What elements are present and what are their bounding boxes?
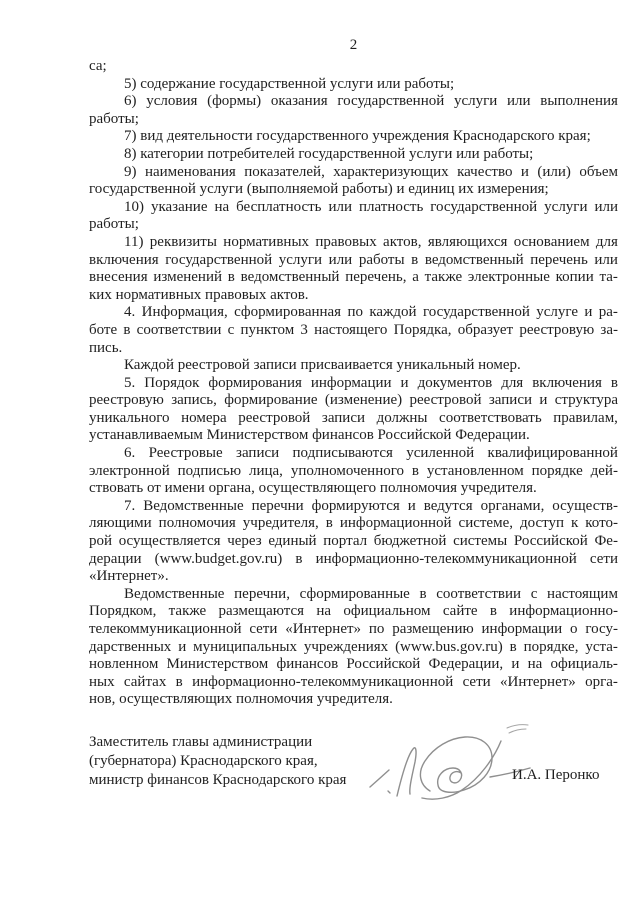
word: государственной [423, 304, 530, 322]
text-line: 10)указаниенабесплатностьилиплатностьгос… [89, 199, 618, 217]
word: соответствовать [439, 410, 542, 428]
word: государственной [430, 199, 537, 217]
word: ра- [599, 304, 618, 322]
word: информационно-телекоммуникационной [316, 551, 577, 569]
word: (изменение) [325, 392, 402, 410]
word: на [214, 199, 229, 217]
word: формирование [224, 392, 317, 410]
word: финансов [276, 656, 338, 674]
word: сайтах [124, 674, 166, 692]
paragraph: 9)наименованияпоказателей,характеризующи… [89, 164, 618, 199]
word: в [123, 322, 130, 340]
paragraph: 6.Реестровыезаписиподписываютсяусиленной… [89, 445, 618, 498]
signatory-name: И.А. Перонко [512, 767, 599, 784]
word: портал [323, 533, 367, 551]
word: и [539, 392, 547, 410]
word: реестровой [409, 392, 481, 410]
word: являющихся [428, 234, 508, 252]
text-line: дарственныхимуниципальныхучреждениях(www… [89, 639, 618, 657]
word: на [316, 603, 331, 621]
word: информации [311, 375, 392, 393]
word: или [594, 252, 618, 270]
paragraph: 4.Информация,сформированнаяпокаждойгосуд… [89, 304, 618, 357]
word: информационно-телекоммуникационной [192, 674, 453, 692]
paragraph: са; [89, 58, 618, 76]
word: или [507, 93, 531, 111]
word: в [228, 269, 235, 287]
word: 4. [124, 304, 135, 322]
word: формируются [312, 498, 400, 516]
word: (www.budget.gov.ru) [155, 551, 283, 569]
signature-title-line: Заместитель главы администрации [89, 733, 346, 752]
word: 7. [124, 498, 135, 516]
word: и [178, 639, 186, 657]
word: официаль- [551, 656, 618, 674]
word: формирования [208, 375, 302, 393]
paragraph: 8) категории потребителей государственно… [89, 146, 618, 164]
text-line: ких нормативных правовых актов. [89, 287, 618, 305]
word: Порядка, [394, 322, 452, 340]
word: по [369, 621, 385, 639]
word: органами, [481, 498, 545, 516]
word: платность [359, 199, 423, 217]
word: изменений [153, 269, 222, 287]
word: для [596, 234, 618, 252]
word: к [571, 515, 578, 533]
word: соответствии [436, 586, 521, 604]
word: кото- [585, 515, 618, 533]
word: информационной [340, 515, 452, 533]
word: образует [458, 322, 513, 340]
handwritten-signature-icon [350, 715, 550, 810]
text-line: уникальногономерареестровойзаписидолжныс… [89, 410, 618, 428]
word: ных [89, 674, 115, 692]
signature-title-line: министр финансов Краснодарского края [89, 771, 346, 790]
word: официальном [343, 603, 430, 621]
signature-title-line: (губернатора) Краснодарского края, [89, 752, 346, 771]
text-line: устанавливаемым Министерством финансов Р… [89, 427, 618, 445]
word: 6. [124, 445, 135, 463]
word: реестровую [89, 392, 164, 410]
text-line: ныхсайтахвинформационно-телекоммуникацио… [89, 674, 618, 692]
word: настоящего [314, 322, 387, 340]
word: боте [89, 322, 117, 340]
word: правилам, [553, 410, 618, 428]
word: порядке, [524, 639, 579, 657]
word: учреждениях [304, 639, 388, 657]
word: та- [599, 269, 617, 287]
text-line: телекоммуникационнойсети«Интернет»поразм… [89, 621, 618, 639]
word: оказания [271, 93, 328, 111]
word: и [521, 164, 529, 182]
text-line: включениягосударственнойуслугиилиработыв… [89, 252, 618, 270]
word: настоящим [547, 586, 618, 604]
word: показателей, [244, 164, 325, 182]
word: дей- [591, 463, 618, 481]
paragraph: 5.Порядокформированияинформацииидокумент… [89, 375, 618, 445]
text-line: «Интернет». [89, 568, 618, 586]
text-line: 8) категории потребителей государственно… [89, 146, 618, 164]
word: актов, [383, 234, 421, 252]
word: и [401, 375, 409, 393]
word: ляющими [89, 515, 152, 533]
word: услуги [279, 252, 322, 270]
word: работы [359, 252, 405, 270]
word: Порядком, [89, 603, 156, 621]
word: сформированная [234, 304, 341, 322]
word: ведутся [424, 498, 473, 516]
text-line: 5.Порядокформированияинформацииидокумент… [89, 375, 618, 393]
text-line: ройосуществляетсячерезединыйпорталбюджет… [89, 533, 618, 551]
word: 3 [300, 322, 308, 340]
word: характеризующих [333, 164, 448, 182]
word: каждой [369, 304, 416, 322]
word: орга- [585, 674, 618, 692]
word: по [347, 304, 363, 322]
word: сети [590, 551, 618, 569]
text-line: са; [89, 58, 618, 76]
word: нормативных [223, 234, 309, 252]
word: с [531, 586, 538, 604]
word: 6) [124, 93, 137, 111]
word: услуге [536, 304, 578, 322]
word: в [611, 375, 618, 393]
word: учредителя, [243, 515, 319, 533]
word: электронные [468, 269, 550, 287]
word: или [329, 252, 353, 270]
word: перечень, [345, 269, 406, 287]
word: Фе- [594, 533, 618, 551]
word: указание [151, 199, 208, 217]
text-line: 7) вид деятельности государственного учр… [89, 128, 618, 146]
word: включения [89, 252, 159, 270]
word: порядке [532, 463, 583, 481]
paragraph: 10)указаниенабесплатностьилиплатностьгос… [89, 199, 618, 234]
word: ведомственный [241, 269, 340, 287]
text-line: 11)реквизитынормативныхправовыхактов,явл… [89, 234, 618, 252]
text-line: дерации(www.budget.gov.ru)винформационно… [89, 551, 618, 569]
word: «Интернет» [500, 674, 576, 692]
word: или [594, 199, 618, 217]
document-body: са;5) содержание государственной услуги … [89, 58, 618, 709]
word: записи [489, 392, 532, 410]
word: информационно- [509, 603, 618, 621]
text-line: ствовать от имени органа, осуществляющег… [89, 480, 618, 498]
word: записи [236, 445, 279, 463]
text-line: 4.Информация,сформированнаяпокаждойгосуд… [89, 304, 618, 322]
text-line: 9)наименованияпоказателей,характеризующи… [89, 164, 618, 182]
word: в [326, 515, 333, 533]
word: номера [181, 410, 227, 428]
word: осуществ- [552, 498, 618, 516]
word: перечень [530, 252, 588, 270]
word: системе, [459, 515, 513, 533]
word: копии [556, 269, 594, 287]
word: 11) [124, 234, 143, 252]
word: услуги [544, 199, 587, 217]
word: доступ [520, 515, 564, 533]
word: также [169, 603, 207, 621]
word: в [490, 603, 497, 621]
text-line: пись. [89, 340, 618, 358]
word: Ведомственные [124, 586, 224, 604]
word: в [420, 586, 427, 604]
word: и [511, 656, 519, 674]
word: перечни, [234, 586, 290, 604]
word: выполнения [540, 93, 618, 111]
text-line: ляющимиполномочияучредителя,винформацион… [89, 515, 618, 533]
word: (формы) [207, 93, 261, 111]
word: информации [482, 621, 563, 639]
word: условия [146, 93, 197, 111]
word: в [176, 674, 183, 692]
word: и [408, 498, 416, 516]
word: в [295, 551, 302, 569]
text-line: реестровуюзапись,формирование(изменение)… [89, 392, 618, 410]
word: сети [249, 621, 277, 639]
word: и [584, 304, 592, 322]
word: установленном [427, 463, 524, 481]
word: соответствии [137, 322, 222, 340]
paragraph: 5) содержание государственной услуги или… [89, 76, 618, 94]
word: в [411, 252, 418, 270]
word: Реестровые [149, 445, 223, 463]
word: 10) [124, 199, 144, 217]
word: государственной [165, 252, 272, 270]
word: а [412, 269, 419, 287]
signature-title: Заместитель главы администрации(губернат… [89, 733, 346, 790]
word: сформированные [300, 586, 410, 604]
text-line: Порядком,такжеразмещаютсянаофициальномса… [89, 603, 618, 621]
word: на [528, 656, 543, 674]
word: сети [463, 674, 491, 692]
text-line: Каждой реестровой записи присваивается у… [89, 357, 618, 375]
word: документов [418, 375, 493, 393]
word: уполномоченного [291, 463, 404, 481]
text-line: нов, осуществляющих полномочия учредител… [89, 691, 618, 709]
word: государственной [337, 93, 444, 111]
page-number: 2 [89, 36, 618, 54]
word: запись, [171, 392, 217, 410]
word: муниципальных [193, 639, 297, 657]
paragraph: 7.Ведомственныеперечниформируютсяиведутс… [89, 498, 618, 586]
word: телекоммуникационной [89, 621, 242, 639]
word: «Интернет» [285, 621, 361, 639]
word: в [510, 639, 517, 657]
word: размещаются [219, 603, 305, 621]
word: ведомственный [425, 252, 524, 270]
word: Министерством [167, 656, 269, 674]
word: Информация, [142, 304, 228, 322]
document-page: 2 са;5) содержание государственной услуг… [0, 0, 640, 905]
paragraph: 6)условия(формы)оказаниягосударственнойу… [89, 93, 618, 128]
word: квалифицированной [488, 445, 618, 463]
word: размещению [392, 621, 474, 639]
word: перечни [252, 498, 304, 516]
word: дарственных [89, 639, 171, 657]
text-line: Ведомственныеперечни,сформированныевсоот… [89, 586, 618, 604]
word: для [501, 375, 523, 393]
word: Порядок [144, 375, 199, 393]
word: осуществляется [119, 533, 221, 551]
word: подписываются [293, 445, 393, 463]
word: основанием [514, 234, 590, 252]
word: 5. [124, 375, 135, 393]
word: также [425, 269, 463, 287]
paragraph: Ведомственныеперечни,сформированныевсоот… [89, 586, 618, 709]
word: уста- [585, 639, 618, 657]
word: системы [453, 533, 507, 551]
word: рой [89, 533, 112, 551]
word: в [412, 463, 419, 481]
word: единый [268, 533, 316, 551]
word: (www.bus.gov.ru) [395, 639, 503, 657]
word: внесения [89, 269, 148, 287]
word: (или) [537, 164, 571, 182]
text-line: работы; [89, 216, 618, 234]
text-line: 6)условия(формы)оказаниягосударственнойу… [89, 93, 618, 111]
word: полномочия [159, 515, 236, 533]
word: пунктом [241, 322, 295, 340]
text-line: новленномМинистерствомфинансовРоссийской… [89, 656, 618, 674]
text-line: работы; [89, 111, 618, 129]
word: качество [457, 164, 512, 182]
word: Ведомственные [143, 498, 243, 516]
word: реквизиты [150, 234, 217, 252]
paragraph: Каждой реестровой записи присваивается у… [89, 357, 618, 375]
word: уникального [89, 410, 170, 428]
word: должны [377, 410, 428, 428]
word: подписью [178, 463, 242, 481]
word: о [570, 621, 578, 639]
word: реестровую [519, 322, 594, 340]
word: лица, [249, 463, 283, 481]
word: бюджетной [374, 533, 447, 551]
word: правовых [315, 234, 376, 252]
word: включения [532, 375, 602, 393]
paragraph: 11)реквизитынормативныхправовыхактов,явл… [89, 234, 618, 304]
text-line: электроннойподписьюлица,уполномоченногов… [89, 463, 618, 481]
word: госу- [585, 621, 618, 639]
word: 9) [124, 164, 137, 182]
text-line: 5) содержание государственной услуги или… [89, 76, 618, 94]
word: наименования [145, 164, 236, 182]
word: дерации [89, 551, 142, 569]
word: за- [600, 322, 618, 340]
word: новленном [89, 656, 158, 674]
word: через [227, 533, 261, 551]
word: реестровой [238, 410, 310, 428]
word: Российской [346, 656, 420, 674]
word: услуги [454, 93, 497, 111]
word: или [329, 199, 353, 217]
text-line: 7.Ведомственныеперечниформируютсяиведутс… [89, 498, 618, 516]
text-line: внесенияизмененийвведомственныйперечень,… [89, 269, 618, 287]
word: структура [555, 392, 618, 410]
paragraph: 7) вид деятельности государственного учр… [89, 128, 618, 146]
word: электронной [89, 463, 170, 481]
word: объем [579, 164, 618, 182]
word: с [228, 322, 235, 340]
word: записи [322, 410, 365, 428]
word: Российской [514, 533, 588, 551]
word: сайте [443, 603, 478, 621]
text-line: 6.Реестровыезаписиподписываютсяусиленной… [89, 445, 618, 463]
word: бесплатность [236, 199, 321, 217]
word: усиленной [406, 445, 474, 463]
text-line: государственной услуги (выполняемой рабо… [89, 181, 618, 199]
word: Федерации, [429, 656, 504, 674]
text-line: ботевсоответствииспунктом3настоящегоПоря… [89, 322, 618, 340]
